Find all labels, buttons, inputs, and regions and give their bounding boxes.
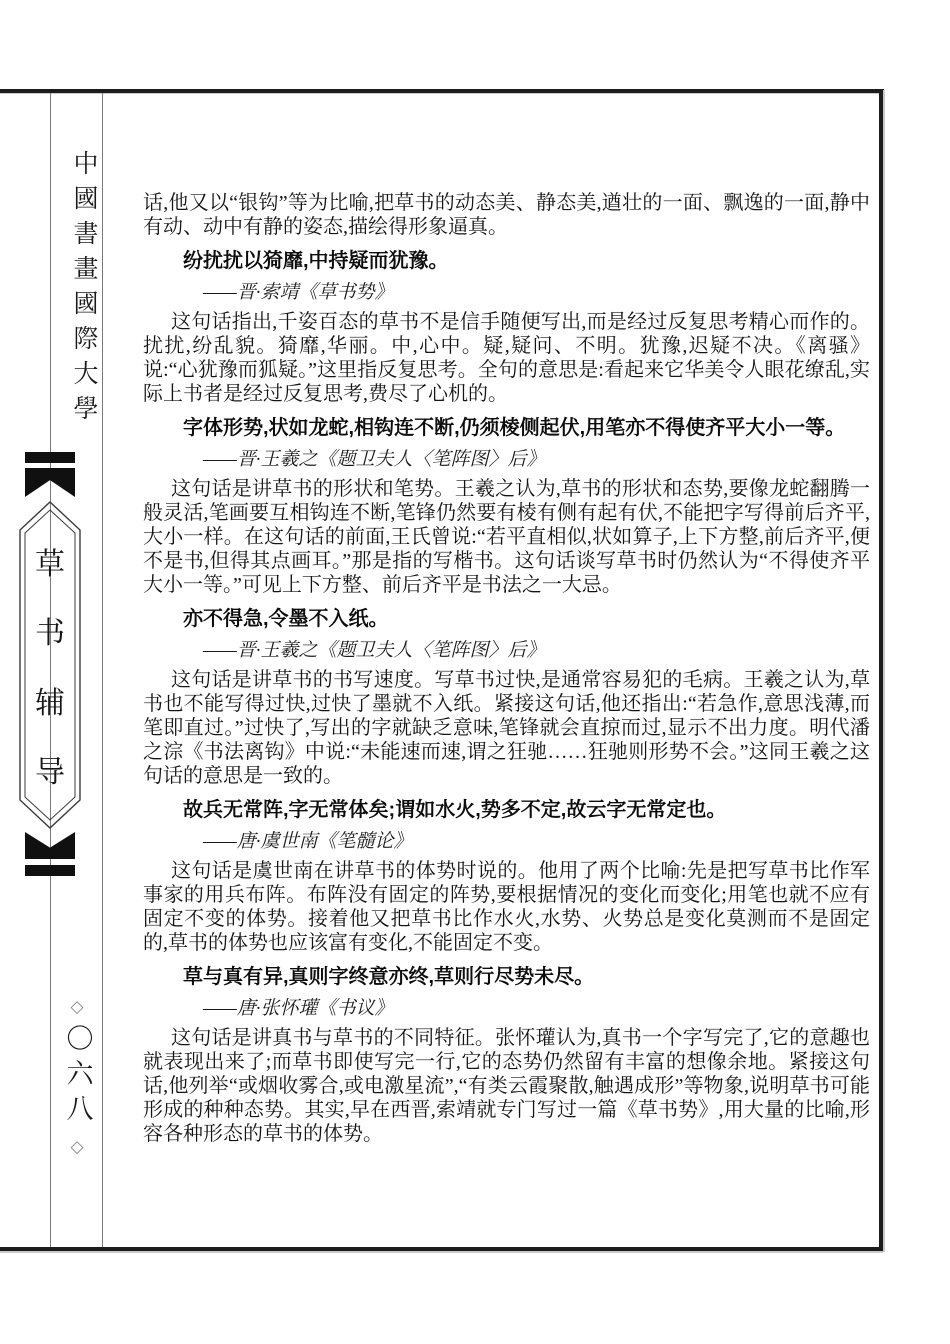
body-paragraph: 这句话是虞世南在讲草书的体势时说的。他用了两个比喻:先是把写草书比作军事家的用兵… xyxy=(143,859,870,955)
attribution: ——晋·王羲之《题卫夫人〈笔阵图〉后》 xyxy=(143,448,870,472)
spine-divider-right xyxy=(102,93,103,1247)
banner-bottom-bar xyxy=(25,865,75,876)
banner-top-bar xyxy=(25,452,75,463)
body-paragraph: 这句话指出,千姿百态的草书不是信手随便写出,而是经过反复思考精心而作的。扰扰,纷… xyxy=(143,310,870,406)
frame-bottom-rule xyxy=(0,1247,883,1251)
attribution: ——晋·王羲之《题卫夫人〈笔阵图〉后》 xyxy=(143,639,870,663)
book-title-banner: 草 书 辅 导 xyxy=(18,452,82,876)
frame-right-rule xyxy=(879,89,883,1251)
book-title-char: 书 xyxy=(35,608,65,652)
page-number-block: ◇ 〇六八 ◇ xyxy=(53,998,101,1155)
page-number: 〇六八 xyxy=(64,1024,91,1129)
attribution: ——唐·张怀瓘《书议》 xyxy=(143,997,870,1021)
attribution: ——晋·索靖《草书势》 xyxy=(143,281,870,305)
attribution: ——唐·虞世南《笔髓论》 xyxy=(143,830,870,854)
book-title: 草 书 辅 导 xyxy=(18,526,82,804)
book-title-char: 导 xyxy=(35,747,65,791)
book-page: 中國書畫國際大學 草 书 辅 导 ◇ 〇六八 ◇ 话,他又以“银钩”等为比喻,把… xyxy=(0,0,950,1344)
body-paragraph: 这句话是讲草书的形状和笔势。王羲之认为,草书的形状和态势,要像龙蛇翻腾一般灵活,… xyxy=(143,477,870,597)
body-paragraph: 话,他又以“银钩”等为比喻,把草书的动态美、静态美,遒壮的一面、飘逸的一面,静中… xyxy=(143,191,870,239)
frame-top-rule xyxy=(0,89,884,93)
banner-bottom-ribbon-icon xyxy=(25,832,75,859)
book-title-cartouche: 草 书 辅 导 xyxy=(18,500,82,830)
body-paragraph: 这句话是讲真书与草书的不同特征。张怀瓘认为,真书一个字写完了,它的意趣也就表现出… xyxy=(143,1026,870,1146)
body-paragraph: 这句话是讲草书的书写速度。写草书过快,是通常容易犯的毛病。王羲之认为,草书也不能… xyxy=(143,668,870,788)
diamond-ornament-icon: ◇ xyxy=(70,1138,83,1155)
book-title-char: 辅 xyxy=(35,678,65,722)
quote-line: 草与真有异,真则字终意亦终,草则行尽势未尽。 xyxy=(143,965,870,989)
quote-line: 亦不得急,令墨不入纸。 xyxy=(143,607,870,631)
book-title-char: 草 xyxy=(35,539,65,583)
diamond-ornament-icon: ◇ xyxy=(70,998,83,1015)
main-text-column: 话,他又以“银钩”等为比喻,把草书的动态美、静态美,遒壮的一面、飘逸的一面,静中… xyxy=(143,191,870,1146)
quote-line: 故兵无常阵,字无常体矣;谓如水火,势多不定,故云字无常定也。 xyxy=(143,798,870,822)
banner-top-ribbon-icon xyxy=(25,468,75,497)
quote-line: 字体形势,状如龙蛇,相钩连不断,仍须棱侧起伏,用笔亦不得使齐平大小一等。 xyxy=(143,416,870,440)
university-title: 中國書畫國際大學 xyxy=(53,150,101,430)
quote-line: 纷扰扰以猗靡,中持疑而犹豫。 xyxy=(143,249,870,273)
